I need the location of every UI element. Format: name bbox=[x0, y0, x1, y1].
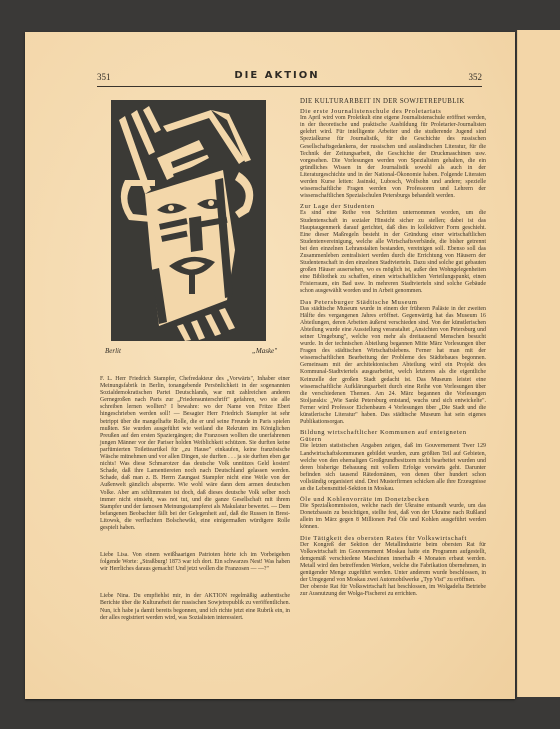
header-rule bbox=[97, 86, 482, 87]
woodcut-face-icon bbox=[111, 100, 266, 341]
woodcut-mask-image bbox=[111, 100, 266, 341]
section-heading-museum: Das Petersburger Städtische Museum bbox=[300, 299, 486, 306]
section-text-journalistenschule: Im April wird vom Proletkult eine eigene… bbox=[300, 115, 486, 200]
next-page-edge bbox=[517, 30, 560, 697]
section-text-donetzbecken: Die Spezialkommission, welche nach der U… bbox=[300, 503, 486, 531]
section-heading-kommunen: Bildung wirtschaftlicher Kommunen auf en… bbox=[300, 429, 486, 443]
woodcut-artist-caption: Berlit bbox=[105, 347, 121, 355]
left-column-text: F. L. Herr Friedrich Stampfer, Chefredak… bbox=[100, 376, 290, 622]
section-text-kommunen: Die letzten statistischen Angaben zeigen… bbox=[300, 443, 486, 493]
page-number-right: 352 bbox=[469, 72, 483, 82]
section-text-volkswirtschaft-2: Der oberste Rat für Volkswirtschaft hat … bbox=[300, 584, 486, 598]
section-text-museum: Das städtische Museum wurde in einem der… bbox=[300, 306, 486, 427]
woodcut-title-caption: „Maske" bbox=[252, 347, 277, 355]
section-text-volkswirtschaft: Der Kongreß der Sektion der Metallindust… bbox=[300, 542, 486, 585]
section-text-studenten: Es sind eine Reihe von Schritten unterno… bbox=[300, 210, 486, 295]
right-column-article: DIE KULTURARBEIT IN DER SOWJETREPUBLIK D… bbox=[300, 98, 486, 598]
paragraph-liebe-nina: Liebe Nina. Du empfiehlst mir, in der AK… bbox=[100, 593, 290, 621]
section-heading-volkswirtschaft: Die Tätigkeit des obersten Rates für Vol… bbox=[300, 535, 486, 542]
section-heading-studenten: Zur Lage der Studenten bbox=[300, 203, 486, 210]
paragraph-liebe-lisa: Liebe Lisa. Von einem weißhaarigen Patri… bbox=[100, 552, 290, 573]
page-header: 351 DIE AKTION 352 bbox=[72, 70, 482, 86]
paragraph-stampfer: F. L. Herr Friedrich Stampfer, Chefredak… bbox=[100, 376, 290, 532]
article-title: DIE KULTURARBEIT IN DER SOWJETREPUBLIK bbox=[300, 98, 486, 105]
section-heading-donetzbecken: Öle und Kohlenvorräte im Donetzbecken bbox=[300, 496, 486, 503]
masthead-title: DIE AKTION bbox=[72, 70, 482, 81]
